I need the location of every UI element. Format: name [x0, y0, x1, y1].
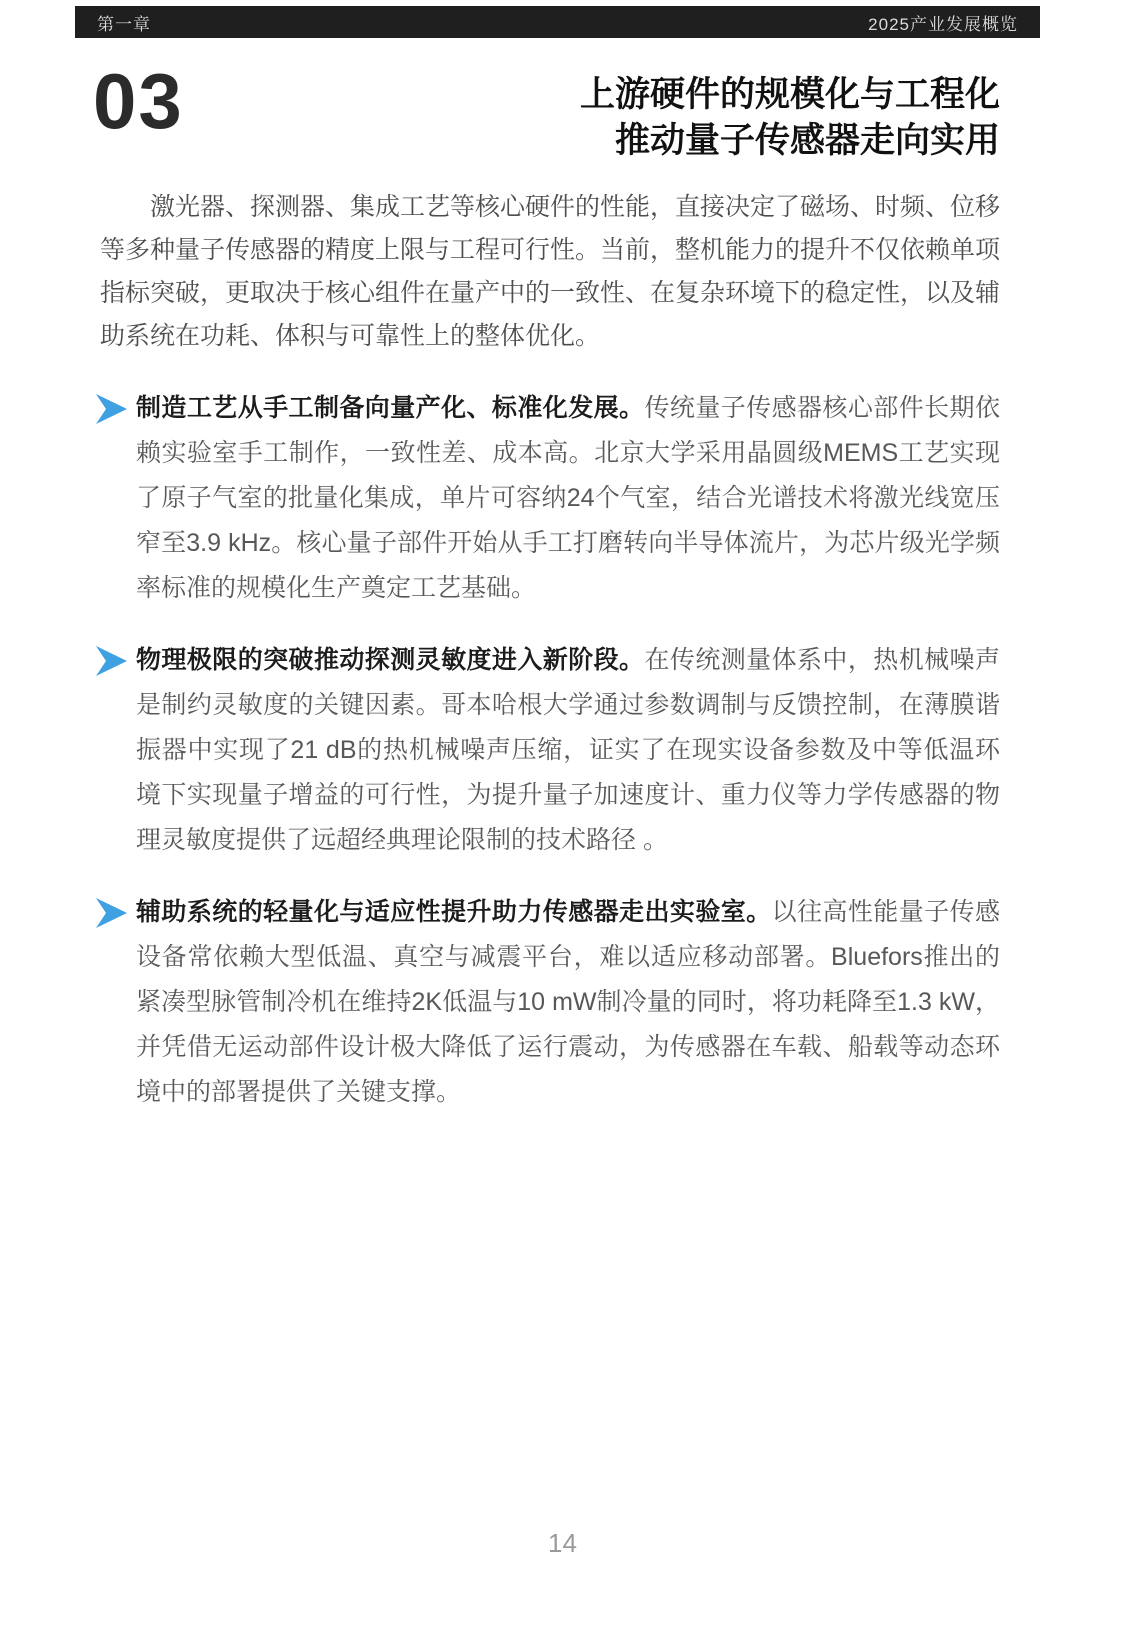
- bullet-lead: 辅助系统的轻量化与适应性提升助力传感器走出实验室。: [136, 898, 772, 926]
- bullet-list: 制造工艺从手工制备向量产化、标准化发展。传统量子传感器核心部件长期依赖实验室手工…: [100, 386, 1000, 1142]
- bullet-lead: 制造工艺从手工制备向量产化、标准化发展。: [136, 394, 644, 422]
- arrow-marker-icon: [96, 646, 128, 676]
- section-title: 上游硬件的规模化与工程化 推动量子传感器走向实用: [580, 72, 1000, 164]
- chapter-header-bar: 第一章 2025产业发展概览: [75, 6, 1040, 38]
- bullet-body: 以往高性能量子传感设备常依赖大型低温、真空与减震平台，难以适应移动部署。Blue…: [136, 898, 1000, 1106]
- bullet-item-manufacturing: 制造工艺从手工制备向量产化、标准化发展。传统量子传感器核心部件长期依赖实验室手工…: [100, 386, 1000, 611]
- bullet-body: 在传统测量体系中，热机械噪声是制约灵敏度的关键因素。哥本哈根大学通过参数调制与反…: [136, 646, 1000, 854]
- bullet-item-auxiliary: 辅助系统的轻量化与适应性提升助力传感器走出实验室。以往高性能量子传感设备常依赖大…: [100, 890, 1000, 1115]
- section-header: 03 上游硬件的规模化与工程化 推动量子传感器走向实用: [93, 62, 1000, 164]
- bullet-item-sensitivity: 物理极限的突破推动探测灵敏度进入新阶段。在传统测量体系中，热机械噪声是制约灵敏度…: [100, 638, 1000, 863]
- bullet-body: 传统量子传感器核心部件长期依赖实验室手工制作，一致性差、成本高。北京大学采用晶圆…: [136, 394, 1000, 602]
- section-title-line2: 推动量子传感器走向实用: [580, 118, 1000, 164]
- chapter-label: 第一章: [97, 10, 151, 35]
- report-title-label: 2025产业发展概览: [868, 10, 1018, 35]
- intro-paragraph: 激光器、探测器、集成工艺等核心硬件的性能，直接决定了磁场、时频、位移等多种量子传…: [100, 186, 1000, 358]
- arrow-marker-icon: [96, 394, 128, 424]
- bullet-lead: 物理极限的突破推动探测灵敏度进入新阶段。: [136, 646, 644, 674]
- arrow-marker-icon: [96, 898, 128, 928]
- document-page: 第一章 2025产业发展概览 03 上游硬件的规模化与工程化 推动量子传感器走向…: [0, 0, 1125, 1625]
- page-number: 14: [0, 1528, 1125, 1559]
- section-title-line1: 上游硬件的规模化与工程化: [580, 72, 1000, 118]
- section-number: 03: [93, 62, 184, 140]
